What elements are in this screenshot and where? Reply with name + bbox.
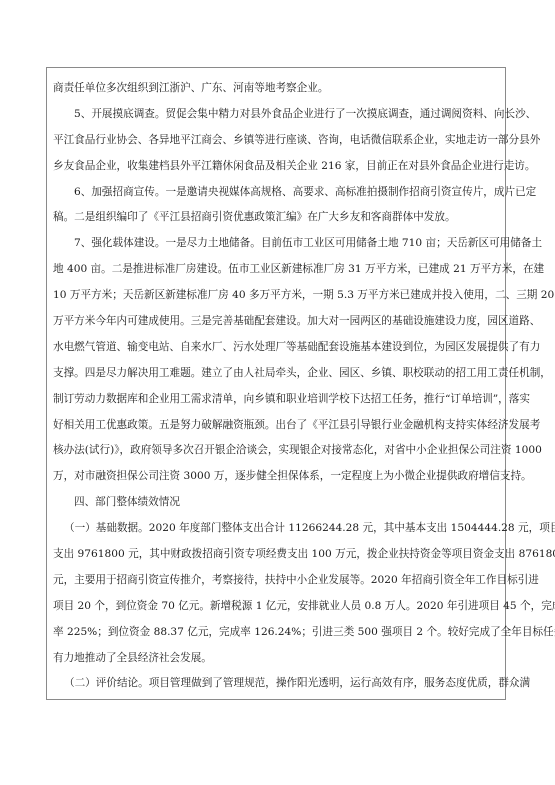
text-line: 支撑。四是尽力解决用工难题。建立了由人社局牵头，企业、园区、乡镇、职校联动的招工… bbox=[53, 362, 503, 388]
text-line: 率 225%；到位资金 88.37 亿元，完成率 126.24%；引进三类 50… bbox=[53, 621, 503, 647]
text-line: 稿。二是组织编印了《平江县招商引资优惠政策汇编》在广大乡友和客商群体中发放。 bbox=[53, 206, 503, 232]
text-line: 元，主要用于招商引资宣传推介，考察接待，扶持中小企业发展等。2020 年招商引资… bbox=[53, 569, 503, 595]
text-line: 地 400 亩。二是推进标准厂房建设。伍市工业区新建标准厂房 31 万平方米，已… bbox=[53, 258, 503, 284]
text-line: 项目 20 个，到位资金 70 亿元。新增税源 1 亿元，安排就业人员 0.8 … bbox=[53, 595, 503, 621]
text-line: 平江食品行业协会、各异地平江商会、乡镇等进行座谈、咨询，电话微信联系企业，实地走… bbox=[53, 129, 503, 155]
text-line: 乡友食品企业，收集建档县外平江籍休闲食品及相关企业 216 家，目前正在对县外食… bbox=[53, 155, 503, 181]
text-line: 有力地推动了全县经济社会发展。 bbox=[53, 647, 503, 673]
text-line: 万平方米今年内可建成使用。三是完善基础配套建设。加大对一园两区的基础设施建设力度… bbox=[53, 310, 503, 336]
text-line: 制订劳动力数据库和企业用工需求清单，向乡镇和职业培训学校下达招工任务，推行“订单… bbox=[53, 388, 503, 414]
text-line: （二）评价结论。项目管理做到了管理规范，操作阳光透明，运行高效有序，服务态度优质… bbox=[53, 672, 503, 698]
table-cell-border: 商责任单位多次组织到江浙沪、广东、河南等地考察企业。 5、开展摸底调查。贸促会集… bbox=[46, 67, 506, 700]
document-page: 商责任单位多次组织到江浙沪、广东、河南等地考察企业。 5、开展摸底调查。贸促会集… bbox=[0, 0, 555, 785]
section-heading: 四、部门整体绩效情况 bbox=[53, 491, 503, 517]
text-line: （一）基础数据。2020 年度部门整体支出合计 11266244.28 元，其中… bbox=[53, 517, 503, 543]
text-line: 好相关用工优惠政策。五是努力破解融资瓶颈。出台了《平江县引导银行业金融机构支持实… bbox=[53, 414, 503, 440]
document-body: 商责任单位多次组织到江浙沪、广东、河南等地考察企业。 5、开展摸底调查。贸促会集… bbox=[53, 77, 503, 698]
text-line: 商责任单位多次组织到江浙沪、广东、河南等地考察企业。 bbox=[53, 77, 503, 103]
text-line: 10 万平方米；天岳新区新建标准厂房 40 多万平方米，一期 5.3 万平方米已… bbox=[53, 284, 503, 310]
text-line: 核办法(试行)》，政府领导多次召开银企洽谈会，实现银企对接常态化，对省中小企业担… bbox=[53, 439, 503, 465]
text-line: 5、开展摸底调查。贸促会集中精力对县外食品企业进行了一次摸底调查，通过调阅资料、… bbox=[53, 103, 503, 129]
text-line: 支出 9761800 元，其中财政拨招商引资专项经费支出 100 万元，拨企业扶… bbox=[53, 543, 503, 569]
text-line: 水电燃气管道、输变电站、自来水厂、污水处理厂等基础配套设施基本建设到位，为园区发… bbox=[53, 336, 503, 362]
text-line: 万，对市融资担保公司注资 3000 万，逐步健全担保体系，一定程度上为小微企业提… bbox=[53, 465, 503, 491]
text-line: 7、强化载体建设。一是尽力土地储备。目前伍市工业区可用储备土地 710 亩；天岳… bbox=[53, 232, 503, 258]
text-line: 6、加强招商宣传。一是邀请央视媒体高规格、高要求、高标准拍摄制作招商引资宣传片，… bbox=[53, 181, 503, 207]
